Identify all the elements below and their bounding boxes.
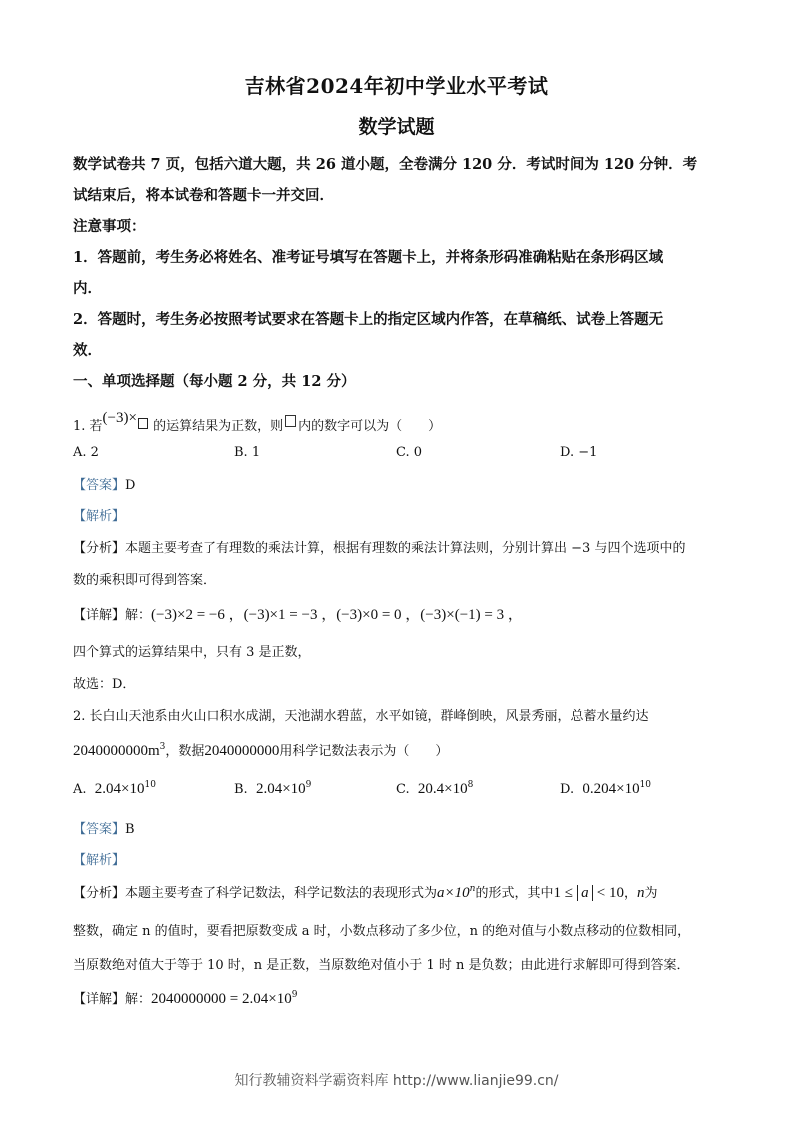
option-base: 2.04×10 [95, 781, 145, 797]
blank-box-icon [285, 415, 296, 427]
q2-answer-value: B [125, 822, 135, 837]
answer-label: 【答案】 [73, 478, 125, 493]
q2-answer: 【答案】B [73, 818, 135, 837]
option-base: 2.04×10 [256, 781, 306, 797]
q2-xiangjie-exp: 9 [292, 990, 298, 1000]
q1-xiangjie-math: (−3)×2 = −6 ，(−3)×1 = −3 ，(−3)×0 = 0 ，(−… [151, 607, 523, 623]
option-exp: 10 [145, 780, 156, 790]
option-exp: 10 [640, 780, 651, 790]
q2-stem-end: 用科学记数法表示为（ ） [279, 744, 448, 759]
q2-option-d: D. 0.204×1010 [560, 781, 651, 798]
xiangjie-label: 【详解】 [73, 608, 125, 623]
q1-stem-mid: 的运算结果为正数，则 [153, 419, 283, 434]
q2-fenxi-text-d: 为 [644, 886, 657, 901]
blank-box-icon [138, 418, 148, 429]
q2-fenxi-text-c: ， [624, 886, 637, 901]
footer-watermark: 知行教辅资料学霸资料库 http://www.lianjie99.cn/ [0, 1070, 793, 1090]
q1-option-d: D. −1 [560, 445, 597, 460]
page-subtitle: 数学试题 [0, 112, 793, 139]
q2-stem-mid: ，数据 [165, 744, 204, 759]
q1-xiangjie-prefix: 解： [125, 608, 151, 623]
q1-expression: (−3)× [103, 410, 137, 426]
intro-line-2: 试结束后，将本试卷和答题卡一并交回． [73, 184, 334, 205]
fenxi-label: 【分析】 [73, 541, 125, 556]
exam-page: 吉林省2024年初中学业水平考试 数学试题 数学试卷共 7 页，包括六道大题，共… [0, 0, 793, 1122]
q1-stem-end: 内的数字可以为（ ） [298, 419, 441, 434]
q1-fenxi-text: 本题主要考查了有理数的乘法计算，根据有理数的乘法计算法则，分别计算出 −3 与四… [125, 541, 685, 556]
q2-analysis-label: 【解析】 [73, 849, 125, 868]
section-heading: 一、单项选择题（每小题 2 分，共 12 分） [73, 370, 355, 391]
q1-option-c: C. 0 [396, 445, 422, 460]
q2-xiangjie-math: 2040000000 = 2.04×10 [151, 991, 292, 1007]
note-2-line-1: 2．答题时，考生务必按照考试要求在答题卡上的指定区域内作答，在草稿纸、试卷上答题… [73, 308, 663, 329]
option-exp: 8 [468, 780, 474, 790]
option-prefix: B. [234, 782, 248, 797]
option-prefix: D. [560, 782, 574, 797]
note-2-line-2: 效． [73, 339, 102, 360]
q2-option-a: A. 2.04×1010 [73, 781, 156, 798]
q2-stem-line-2: 2040000000m3，数据2040000000用科学记数法表示为（ ） [73, 740, 448, 760]
notes-heading: 注意事项： [73, 215, 146, 236]
q1-stem: 1. 若(−3)× 的运算结果为正数，则内的数字可以为（ ） [73, 410, 441, 434]
page-title: 吉林省2024年初中学业水平考试 [0, 70, 793, 99]
fenxi-label: 【分析】 [73, 886, 125, 901]
option-base: 0.204×10 [582, 781, 639, 797]
q1-option-a: A. 2 [73, 445, 99, 460]
q2-number: 2040000000 [204, 743, 279, 759]
q1-analysis-label: 【解析】 [73, 505, 125, 524]
q2-ineq-left: 1 ≤ [553, 885, 572, 901]
q1-fenxi-line-1: 【分析】本题主要考查了有理数的乘法计算，根据有理数的乘法计算法则，分别计算出 −… [73, 537, 685, 556]
option-prefix: A. [73, 782, 87, 797]
q2-option-b: B. 2.04×109 [234, 781, 311, 798]
q1-choose: 故选：D． [73, 673, 135, 692]
q2-fenxi-text-a: 本题主要考查了科学记数法，科学记数法的表现形式为 [125, 886, 437, 901]
q2-form: a×10 [437, 885, 470, 901]
q2-ineq-right: < 10 [597, 885, 624, 901]
q2-xiangjie-prefix: 解： [125, 992, 151, 1007]
q2-stem-line-1: 2. 长白山天池系由火山口积水成湖，天池湖水碧蓝，水平如镜，群峰倒映，风景秀丽，… [73, 705, 649, 724]
q1-conclusion: 四个算式的运算结果中，只有 3 是正数， [73, 641, 311, 660]
note-1-line-1: 1．答题前，考生务必将姓名、准考证号填写在答题卡上，并将条形码准确粘贴在条形码区… [73, 246, 663, 267]
q1-number: 1. 若 [73, 419, 103, 434]
option-exp: 9 [306, 780, 312, 790]
q1-answer-value: D [125, 478, 135, 493]
q2-option-c: C. 20.4×108 [396, 781, 473, 798]
q2-fenxi-line-1: 【分析】本题主要考查了科学记数法，科学记数法的表现形式为a×10n的形式，其中1… [73, 882, 657, 902]
note-1-line-2: 内． [73, 277, 102, 298]
q1-answer: 【答案】D [73, 474, 135, 493]
q2-fenxi-text-b: 的形式，其中 [475, 886, 553, 901]
option-base: 20.4×10 [418, 781, 468, 797]
q2-fenxi-line-3: 当原数绝对值大于等于 10 时，n 是正数，当原数绝对值小于 1 时 n 是负数… [73, 954, 690, 973]
option-prefix: C. [396, 782, 410, 797]
answer-label: 【答案】 [73, 822, 125, 837]
q2-ineq-var: a [577, 885, 593, 901]
xiangjie-label: 【详解】 [73, 992, 125, 1007]
q1-fenxi-line-2: 数的乘积即可得到答案． [73, 569, 216, 588]
q1-xiangjie: 【详解】解：(−3)×2 = −6 ，(−3)×1 = −3 ，(−3)×0 =… [73, 603, 523, 624]
q1-option-b: B. 1 [234, 445, 260, 460]
q2-xiangjie: 【详解】解：2040000000 = 2.04×109 [73, 988, 297, 1008]
intro-line-1: 数学试卷共 7 页，包括六道大题，共 26 道小题，全卷满分 120 分．考试时… [73, 153, 697, 174]
q2-fenxi-line-2: 整数，确定 n 的值时，要看把原数变成 a 时，小数点移动了多少位，n 的绝对值… [73, 920, 690, 939]
q2-volume: 2040000000m [73, 743, 160, 759]
